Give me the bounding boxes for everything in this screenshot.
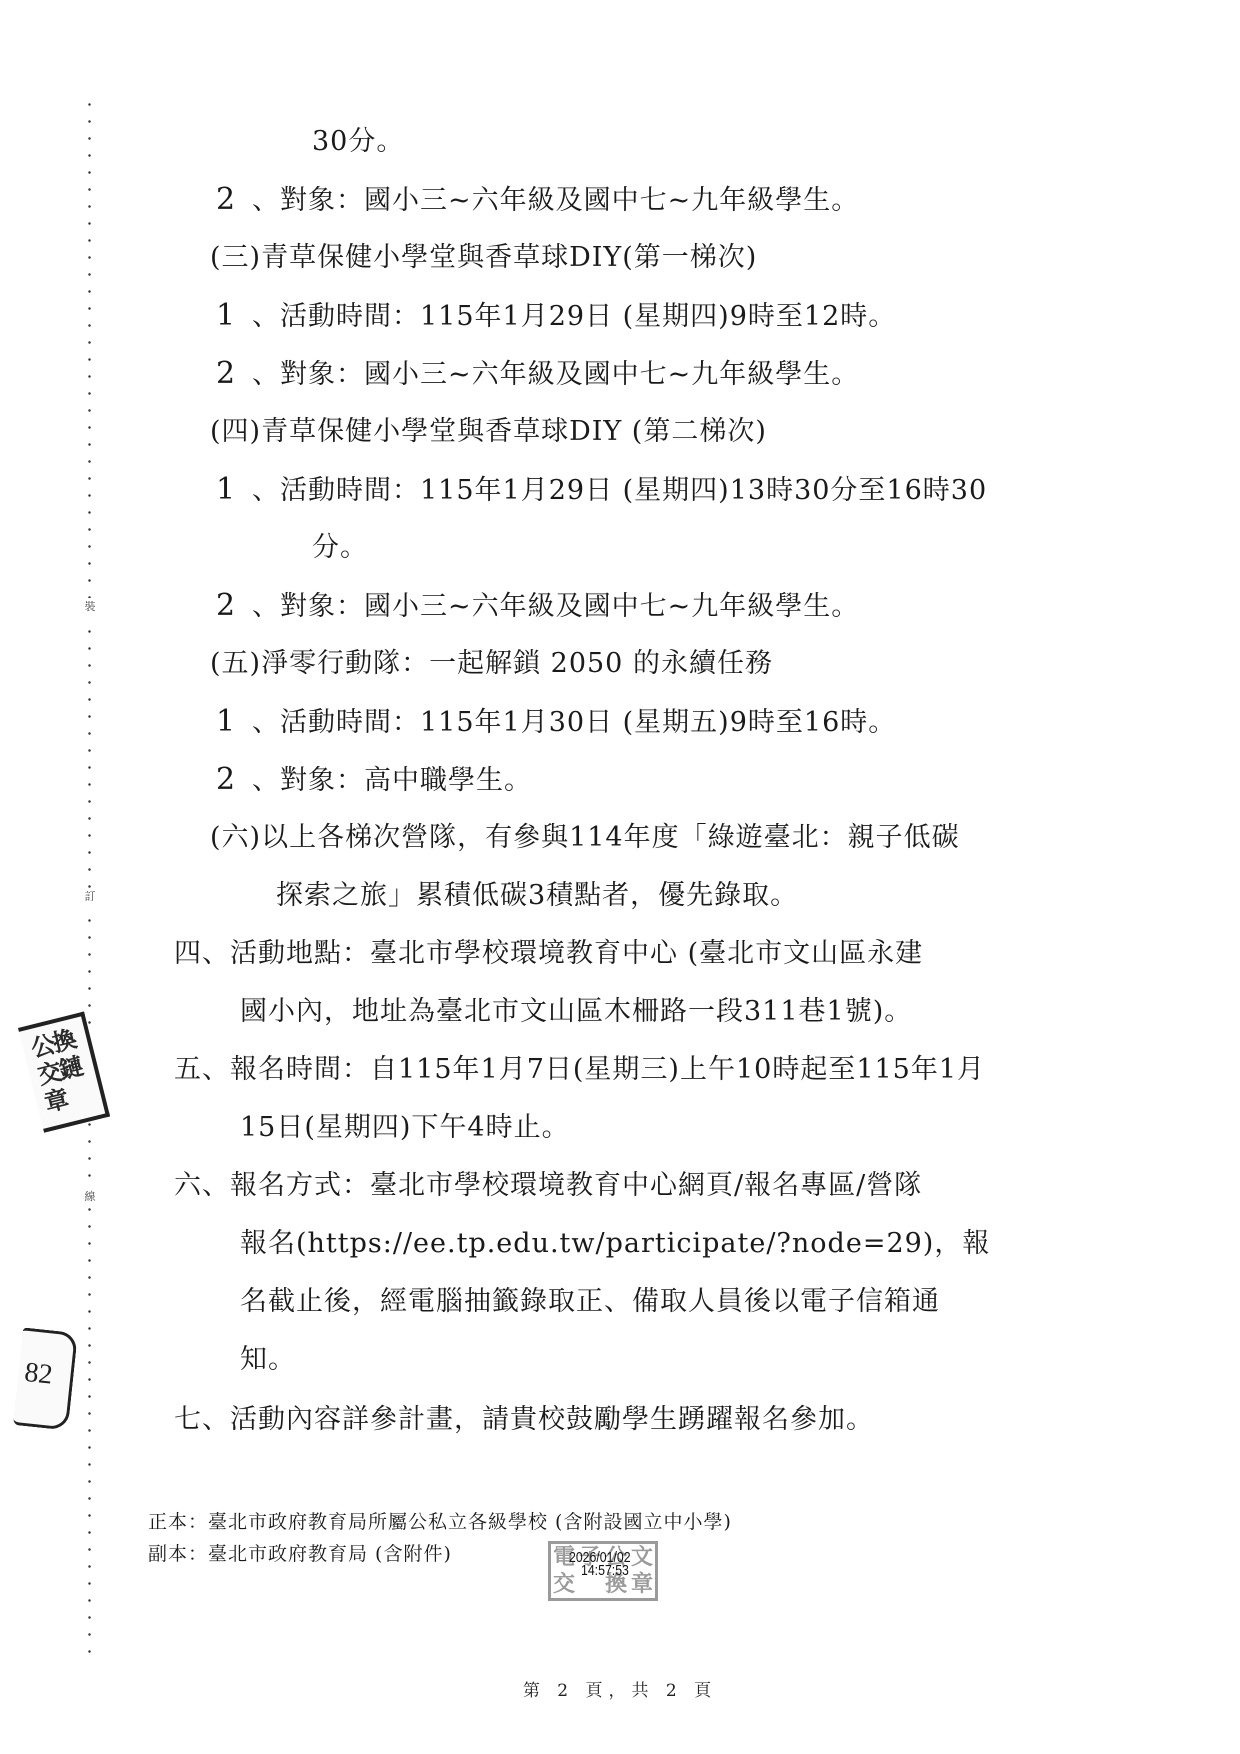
doc-line-s3-time: 1、活動時間：115年1月29日 (星期四)9時至12時。	[252, 296, 896, 337]
electronic-exchange-stamp: 電 子 公 文 交 換 章 2026/01/02 14:57:53	[548, 1541, 658, 1601]
doc-line-s2-target: 2、對象：國小三~六年級及國中七~九年級學生。	[252, 180, 859, 221]
line-text: 知。	[240, 1344, 296, 1375]
doc-line-item6-registration-method: 六、報名方式：臺北市學校環境教育中心網頁/報名專區/營隊	[174, 1166, 922, 1206]
doc-line-s6-priority-cont: 探索之旅」累積低碳3積點者，優先錄取。	[276, 876, 798, 916]
doc-line-item7-encourage: 七、活動內容詳參計畫，請貴校鼓勵學生踴躍報名參加。	[174, 1400, 874, 1440]
distribution-copy: 副本：臺北市政府教育局 (含附件)	[148, 1540, 452, 1568]
line-text: 探索之旅」累積低碳3積點者，優先錄取。	[276, 880, 798, 911]
doc-line-s4-target: 2、對象：國小三~六年級及國中七~九年級學生。	[252, 586, 859, 627]
stamp-char: 交	[551, 1571, 577, 1598]
line-text: (三)青草保健小學堂與香草球DIY(第一梯次)	[210, 242, 757, 273]
doc-line-item6-registration-url: 報名(https://ee.tp.edu.tw/participate/?nod…	[240, 1224, 990, 1264]
line-text: 、對象：高中職學生。	[252, 765, 532, 796]
line-text: 、對象：國小三~六年級及國中七~九年級學生。	[252, 185, 859, 216]
doc-line-item4-location: 四、活動地點：臺北市學校環境教育中心 (臺北市文山區永建	[174, 934, 923, 974]
line-text: 、活動時間：115年1月29日 (星期四)9時至12時。	[252, 301, 896, 332]
line-text: 四、活動地點：臺北市學校環境教育中心 (臺北市文山區永建	[174, 938, 923, 969]
doc-line-s3-heading: (三)青草保健小學堂與香草球DIY(第一梯次)	[210, 238, 757, 278]
stamp-char: 章	[629, 1571, 655, 1598]
line-text: 、對象：國小三~六年級及國中七~九年級學生。	[252, 359, 859, 390]
doc-line-item5-registration-time-cont: 15日(星期四)下午4時止。	[240, 1108, 570, 1148]
binding-label-ding: 訂	[82, 888, 98, 906]
line-text: 、活動時間：115年1月30日 (星期五)9時至16時。	[252, 707, 896, 738]
doc-line-s4-time-cont: 分。	[312, 528, 368, 568]
page-indicator: 第 2 頁，共 2 頁	[0, 1676, 1240, 1701]
line-text: 、活動時間：115年1月29日 (星期四)13時30分至16時30	[252, 475, 987, 506]
line-text: (五)淨零行動隊：一起解鎖 2050 的永續任務	[210, 648, 773, 679]
list-marker: 2	[200, 586, 252, 626]
doc-line-s5-heading: (五)淨零行動隊：一起解鎖 2050 的永續任務	[210, 644, 773, 684]
line-text: 名截止後，經電腦抽籤錄取正、備取人員後以電子信箱通	[240, 1286, 940, 1317]
page-number-badge: 82	[13, 1327, 78, 1430]
line-text: (四)青草保健小學堂與香草球DIY (第二梯次)	[210, 416, 767, 447]
list-marker: 2	[200, 354, 252, 394]
line-text: 報名(https://ee.tp.edu.tw/participate/?nod…	[240, 1228, 990, 1259]
doc-line-item5-registration-time: 五、報名時間：自115年1月7日(星期三)上午10時起至115年1月	[174, 1050, 985, 1090]
doc-line-s4-heading: (四)青草保健小學堂與香草球DIY (第二梯次)	[210, 412, 767, 452]
line-text: (六)以上各梯次營隊，有參與114年度「綠遊臺北：親子低碳	[210, 822, 960, 853]
list-marker: 1	[200, 296, 252, 336]
line-text: 五、報名時間：自115年1月7日(星期三)上午10時起至115年1月	[174, 1054, 985, 1085]
doc-line-cont-30min: 30分。	[312, 122, 404, 162]
doc-line-s4-time: 1、活動時間：115年1月29日 (星期四)13時30分至16時30	[252, 470, 987, 511]
page-badge-number: 82	[23, 1357, 54, 1392]
doc-line-item4-location-cont: 國小內，地址為臺北市文山區木柵路一段311巷1號)。	[240, 992, 912, 1032]
stamp-char: 文	[629, 1544, 655, 1571]
doc-line-s5-time: 1、活動時間：115年1月30日 (星期五)9時至16時。	[252, 702, 896, 743]
doc-line-s5-target: 2、對象：高中職學生。	[252, 760, 532, 801]
exchange-seal-stamp: 公換交鏈章	[18, 1012, 110, 1133]
list-marker: 2	[200, 760, 252, 800]
binding-label-zhuang: 裝	[82, 598, 98, 616]
list-marker: 1	[200, 470, 252, 510]
line-text: 六、報名方式：臺北市學校環境教育中心網頁/報名專區/營隊	[174, 1170, 922, 1201]
line-text: 30分。	[312, 126, 404, 157]
binding-label-xian: 線	[82, 1188, 98, 1206]
binding-dotted-line	[88, 96, 91, 1658]
doc-line-s6-priority: (六)以上各梯次營隊，有參與114年度「綠遊臺北：親子低碳	[210, 818, 960, 858]
doc-line-s3-target: 2、對象：國小三~六年級及國中七~九年級學生。	[252, 354, 859, 395]
line-text: 、對象：國小三~六年級及國中七~九年級學生。	[252, 591, 859, 622]
distribution-original: 正本：臺北市政府教育局所屬公私立各級學校 (含附設國立中小學)	[148, 1508, 732, 1536]
line-text: 分。	[312, 532, 368, 563]
seal-characters: 公換交鏈章	[28, 1022, 103, 1117]
list-marker: 1	[200, 702, 252, 742]
doc-line-item6-registration-end: 知。	[240, 1340, 296, 1380]
line-text: 15日(星期四)下午4時止。	[240, 1112, 570, 1143]
line-text: 國小內，地址為臺北市文山區木柵路一段311巷1號)。	[240, 996, 912, 1027]
list-marker: 2	[200, 180, 252, 220]
doc-line-item6-registration-cont: 名截止後，經電腦抽籤錄取正、備取人員後以電子信箱通	[240, 1282, 940, 1322]
line-text: 七、活動內容詳參計畫，請貴校鼓勵學生踴躍報名參加。	[174, 1404, 874, 1435]
stamp-time: 14:57:53	[581, 1563, 629, 1578]
